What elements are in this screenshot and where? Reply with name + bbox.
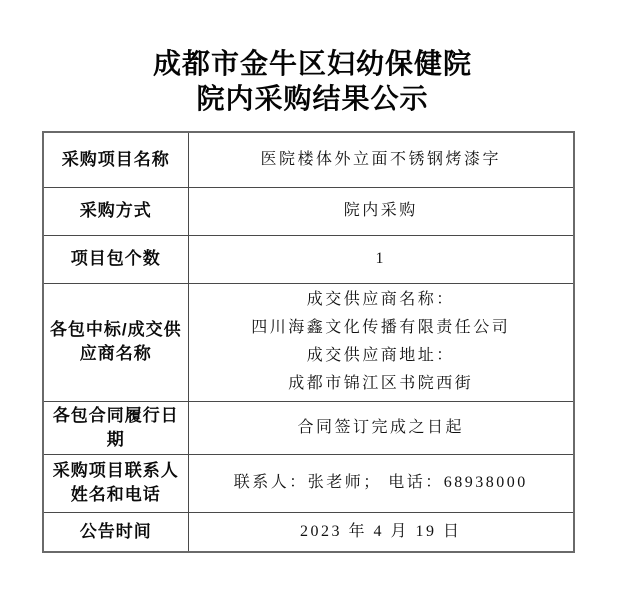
value-package-count: 1 xyxy=(188,235,574,283)
table-row-contact: 采购项目联系人姓名和电话 联系人：张老师； 电话：68938000 xyxy=(43,454,574,512)
table-row-contract-date: 各包合同履行日期 合同签订完成之日起 xyxy=(43,401,574,454)
table-row-procurement-method: 采购方式 院内采购 xyxy=(43,187,574,235)
table-row-package-count: 项目包个数 1 xyxy=(43,235,574,283)
table-row-project-name: 采购项目名称 医院楼体外立面不锈钢烤漆字 xyxy=(43,132,574,187)
value-procurement-method: 院内采购 xyxy=(188,187,574,235)
supplier-address-line: 成都市锦江区书院西街 xyxy=(197,370,566,398)
table-row-winning-supplier: 各包中标/成交供应商名称 成交供应商名称： 四川海鑫文化传播有限责任公司 成交供… xyxy=(43,283,574,401)
page-title: 成都市金牛区妇幼保健院 院内采购结果公示 xyxy=(0,47,625,117)
label-project-name: 采购项目名称 xyxy=(43,132,188,187)
document-page: { "title": { "line1": "成都市金牛区妇幼保健院", "li… xyxy=(0,0,625,609)
label-procurement-method: 采购方式 xyxy=(43,187,188,235)
label-announce-time: 公告时间 xyxy=(43,512,188,552)
label-contract-date: 各包合同履行日期 xyxy=(43,401,188,454)
value-contract-date: 合同签订完成之日起 xyxy=(188,401,574,454)
page-title-line2: 院内采购结果公示 xyxy=(0,82,625,117)
value-announce-time: 2023 年 4 月 19 日 xyxy=(188,512,574,552)
supplier-name-label-line: 成交供应商名称： xyxy=(197,286,566,314)
value-winning-supplier: 成交供应商名称： 四川海鑫文化传播有限责任公司 成交供应商地址： 成都市锦江区书… xyxy=(188,283,574,401)
table-row-announce-time: 公告时间 2023 年 4 月 19 日 xyxy=(43,512,574,552)
procurement-result-table: 采购项目名称 医院楼体外立面不锈钢烤漆字 采购方式 院内采购 项目包个数 1 各… xyxy=(42,131,575,553)
value-project-name: 医院楼体外立面不锈钢烤漆字 xyxy=(188,132,574,187)
page-title-line1: 成都市金牛区妇幼保健院 xyxy=(0,47,625,82)
value-contact: 联系人：张老师； 电话：68938000 xyxy=(188,454,574,512)
label-contact: 采购项目联系人姓名和电话 xyxy=(43,454,188,512)
label-winning-supplier: 各包中标/成交供应商名称 xyxy=(43,283,188,401)
supplier-name-line: 四川海鑫文化传播有限责任公司 xyxy=(197,314,566,342)
label-package-count: 项目包个数 xyxy=(43,235,188,283)
supplier-address-label-line: 成交供应商地址： xyxy=(197,342,566,370)
